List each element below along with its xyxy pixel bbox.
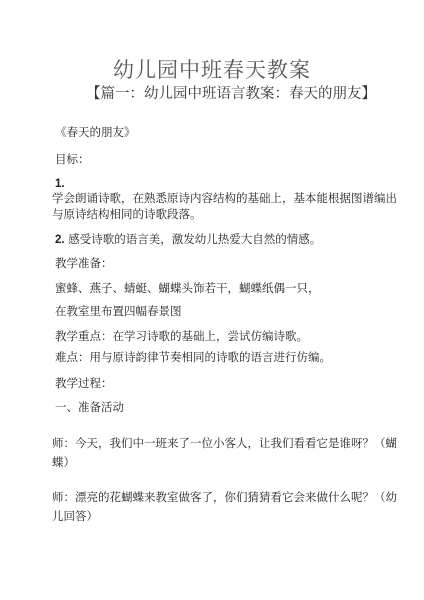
poem-title: 《春天的朋友》	[55, 124, 136, 140]
goal2-number: 2.	[55, 234, 65, 246]
document-title: 幼儿园中班春天教案	[0, 54, 424, 84]
goal2: 2. 感受诗歌的语言美，激发幼儿热爱大自然的情感。	[55, 231, 321, 248]
teacher2-line1: 师：漂亮的花蝴蝶来教室做客了，你们猜猜看它会来做什么呢？（幼	[52, 489, 397, 505]
prep-room: 在教室里布置四幅春景图	[55, 303, 182, 319]
difficulty: 难点：用与原诗韵律节奏相同的诗歌的语言进行仿编。	[55, 349, 331, 365]
document-subtitle: 【篇一：幼儿园中班语言教案：春天的朋友】	[86, 82, 376, 103]
goal2-text: 感受诗歌的语言美，激发幼儿热爱大自然的情感。	[68, 232, 321, 246]
key-point: 教学重点：在学习诗歌的基础上，尝试仿编诗歌。	[55, 328, 308, 344]
goals-label: 目标：	[55, 151, 90, 167]
step1-heading: 一、准备活动	[55, 399, 124, 415]
goal1-line1: 学会朗诵诗歌，在熟悉原诗内容结构的基础上，基本能根据图谱编出	[52, 190, 397, 206]
prep-label: 教学准备：	[55, 255, 113, 271]
goal1-line2: 与原诗结构相同的诗歌段落。	[52, 206, 202, 222]
prep-items: 蜜蜂、燕子、蜻蜓、蝴蝶头饰若干，蝴蝶纸偶一只，	[55, 280, 320, 296]
teacher1-line2: 蝶）	[52, 454, 75, 470]
teacher1-line1: 师：今天，我们中一班来了一位小客人，让我们看看它是谁呀？（蝴	[52, 435, 397, 451]
process-label: 教学过程：	[55, 375, 113, 391]
teacher2-line2: 儿回答）	[52, 508, 98, 524]
